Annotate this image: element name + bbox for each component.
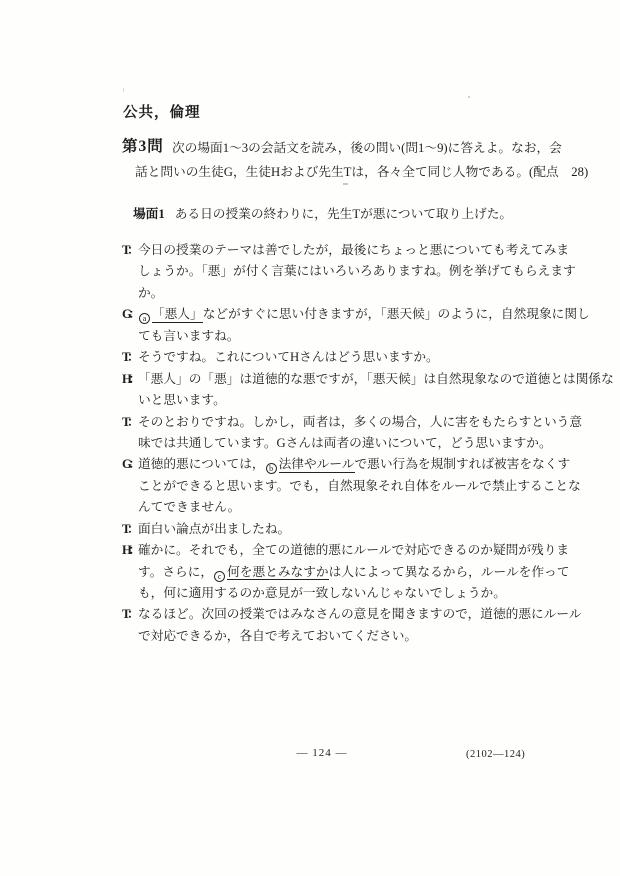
dialogue-line: H：「悪人」の「悪」は道徳的な悪ですが，「悪天候」は自然現象なので道徳とは関係な [122, 369, 602, 390]
speaker-label: G： [122, 304, 138, 325]
speaker-label: T： [122, 412, 136, 433]
dialogue-line: 味では共通しています。Gさんは両者の違いについて，どう思いますか。 [122, 433, 602, 454]
speaker-label: T： [122, 604, 136, 625]
dialogue-line: ても言いますね。 [122, 326, 602, 347]
dialogue-text: 面白い論点が出ましたね。 [138, 522, 290, 536]
underlined-phrase: 何を悪とみなすか [227, 565, 329, 581]
dialogue-line: か。 [122, 283, 602, 304]
dialogue-line: も，何に適用するのか意見が一致しないんじゃないでしょうか。 [122, 583, 602, 604]
speaker-label: T： [122, 347, 136, 368]
scene-text: ある日の授業の終わりに，先生Tが悪について取り上げた。 [175, 207, 512, 221]
dialogue-line: G：道徳的悪については，b法律やルールで悪い行為を規制すれば被害をなくす [122, 454, 602, 475]
dialogue-line: しょうか。「悪」が付く言葉にはいろいろありますね。例を挙げてもらえます [122, 261, 602, 282]
underlined-phrase: 「悪人」 [152, 307, 203, 323]
exam-page: 公共，倫理 第3問 次の場面1～3の会話文を読み，後の問い(問1～9)に答えよ。… [0, 0, 620, 876]
dialogue-text: そうですね。これについてHさんはどう思いますか。 [138, 350, 439, 364]
underlined-phrase: 法律やルール [279, 457, 355, 473]
question-intro-line: 次の場面1～3の会話文を読み，後の問い(問1～9)に答えよ。なお，会 [135, 136, 605, 160]
dialogue-line: T：そのとおりですね。しかし，両者は，多くの場合，人に害をもたらすという意 [122, 412, 602, 433]
dialogue-line: T：今日の授業のテーマは善でしたが，最後にちょっと悪についても考えてみま [122, 240, 602, 261]
dialogue-text: は人によって異なるから，ルールを作って [329, 565, 570, 579]
circled-letter-a: a [139, 313, 150, 324]
dialogue-text: 「悪人」の「悪」は道徳的な悪ですが，「悪天候」は自然現象なので道徳とは関係な [138, 372, 614, 386]
dialogue-line: す。さらに，c何を悪とみなすかは人によって異なるから，ルールを作って [122, 562, 602, 583]
dialogue-text: す。さらに， [138, 565, 213, 579]
dialogue-line: G：a「悪人」などがすぐに思い付きますが，「悪天候」のように，自然現象に関し [122, 304, 602, 325]
dialogue-text: で対応できるか，各自で考えておいてください。 [138, 629, 417, 643]
circled-letter-b: b [266, 463, 277, 474]
dialogue-text: 今日の授業のテーマは善でしたが，最後にちょっと悪についても考えてみま [138, 243, 569, 257]
speaker-label: H： [122, 540, 138, 561]
dialogue-text: しょうか。「悪」が付く言葉にはいろいろありますね。例を挙げてもらえます [138, 264, 576, 278]
dialogue-text: で悪い行為を規制すれば被害をなくす [355, 457, 571, 471]
speaker-label: G： [122, 454, 138, 475]
dialogue-line: T：そうですね。これについてHさんはどう思いますか。 [122, 347, 602, 368]
dialogue-line: いと思います。 [122, 390, 602, 411]
dialogue-text: そのとおりですね。しかし，両者は，多くの場合，人に害をもたらすという意 [138, 415, 582, 429]
dialogue-text: などがすぐに思い付きますが，「悪天候」のように，自然現象に関し [203, 307, 590, 321]
dialogue-text: も，何に適用するのか意見が一致しないんじゃないでしょうか。 [138, 586, 506, 600]
scene-label: 場面1 [133, 207, 165, 221]
dialogue-line: T：なるほど。次回の授業ではみなさんの意見を聞きますので，道徳的悪にルール [122, 604, 602, 625]
dialogue-text: んてできません。 [138, 500, 240, 514]
page-number: — 124 — [281, 747, 363, 759]
dialogue-line: ことができると思います。でも，自然現象それ自体をルールで禁止することな [122, 476, 602, 497]
scan-artifact [123, 88, 124, 92]
doc-code: (2102—124) [466, 749, 525, 760]
scene-heading: 場面1ある日の授業の終わりに，先生Tが悪について取り上げた。 [133, 203, 512, 222]
scan-artifact [468, 96, 470, 98]
speaker-label: T： [122, 519, 136, 540]
dialogue: T：今日の授業のテーマは善でしたが，最後にちょっと悪についても考えてみましょうか… [122, 240, 602, 647]
dialogue-text: ても言いますね。 [138, 329, 240, 343]
dialogue-line: T：面白い論点が出ましたね。 [122, 519, 602, 540]
dialogue-text: ことができると思います。でも，自然現象それ自体をルールで禁止することな [138, 479, 581, 493]
dialogue-text: 道徳的悪については， [138, 457, 265, 471]
dialogue-text: 確かに。それでも，全ての道徳的悪にルールで対応できるのか疑問が残りま [138, 543, 569, 557]
question-intro-line: 話と問いの生徒G，生徒Hおよび先生Tは，各々全て同じ人物である。(配点 28) [135, 160, 605, 184]
dialogue-text: 味では共通しています。Gさんは両者の違いについて，どう思いますか。 [138, 436, 552, 450]
circled-letter-c: c [214, 571, 225, 582]
speaker-label: H： [122, 369, 138, 390]
dialogue-text: か。 [138, 286, 163, 300]
speaker-label: T： [122, 240, 136, 261]
subject-title: 公共，倫理 [123, 101, 201, 122]
dialogue-text: いと思います。 [138, 393, 226, 407]
dialogue-line: んてできません。 [122, 497, 602, 518]
dialogue-text: なるほど。次回の授業ではみなさんの意見を聞きますので，道徳的悪にルール [138, 607, 582, 621]
question-intro: 次の場面1～3の会話文を読み，後の問い(問1～9)に答えよ。なお，会 話と問いの… [135, 136, 605, 184]
dialogue-line: で対応できるか，各自で考えておいてください。 [122, 626, 602, 647]
dialogue-line: H：確かに。それでも，全ての道徳的悪にルールで対応できるのか疑問が残りま [122, 540, 602, 561]
